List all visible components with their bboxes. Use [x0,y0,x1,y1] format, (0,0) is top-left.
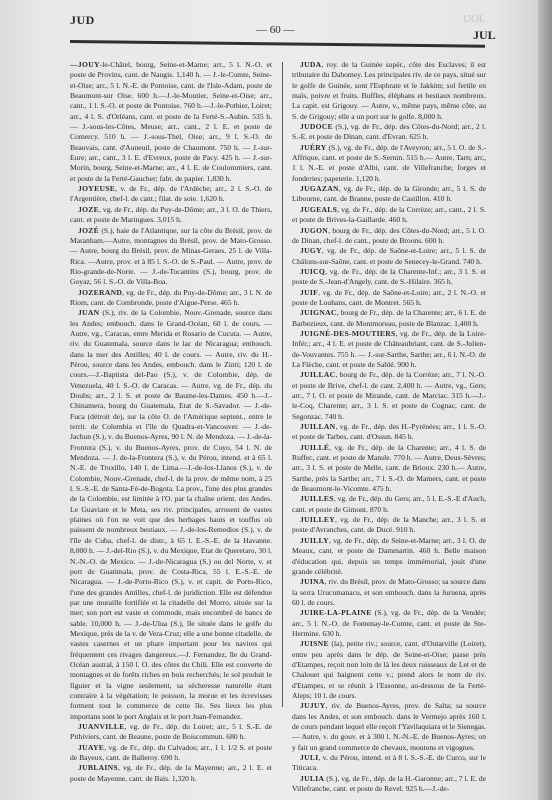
headword: JOZE [78,205,99,214]
headword: JUILLEY [300,515,335,524]
headword: JUIGNAC [300,308,337,317]
dictionary-entry: JUGY, vg. de Fr., dép. de Saône-et-Loire… [292,246,486,267]
dictionary-entry: JUILLAC, bourg de Fr., dép. de la Corrèz… [292,370,486,422]
headword: JUIRE-LA-PLAINE [300,608,372,617]
dictionary-entry: JULI, v. du Pérou, intend. et à 8 l. S.-… [292,753,486,774]
entry-text: , vg. de Fr., dép. de Saône-et-Loire; ar… [292,288,486,307]
running-head-bleedthrough: UOL [463,13,486,25]
left-column: —JOUY-le-Châtel, bourg, Seine-et-Marne; … [70,60,272,784]
entry-text: , roy. de la Guinée supér., côte des Esc… [292,60,486,121]
book-page: JUD — 60 — UOL JUL —JOUY-le-Châtel, bour… [0,0,552,800]
dictionary-entry: JUIF, vg. de Fr., dép. de Saône-et-Loire… [292,288,486,309]
dictionary-entry: JOZERAND, vg. de Fr., dép. du Puy-de-Dôm… [70,288,272,309]
headword: JUILLAN [300,422,335,431]
headword: JUANVILLE [78,722,125,731]
dictionary-entry: JULIA (S.), vg. de Fr., dép. de la H.-Ga… [292,774,486,795]
dictionary-entry: JUÉRY (S.), vg. de Fr., dép. de l'Aveyro… [292,143,486,184]
headword: JULI [300,753,319,762]
headword: JUGEALS [300,205,337,214]
dictionary-entry: JUAYE, vg. de Fr., dép. du Calvados; arr… [70,743,272,764]
headword: JUAN [78,308,99,317]
dictionary-entry: JUINA, riv. du Brésil, prov. de Mato-Gro… [292,577,486,608]
entry-text: (S.), riv. de la Colombie, Nouv.-Grenade… [70,308,272,720]
headword: JUÉRY [300,143,327,152]
headword: JUIF [300,288,318,297]
dictionary-entry: JUICQ, vg. de Fr., dép. de la Charente-I… [292,267,486,288]
entry-text: , vg. de Fr., dép. de Saône-et-Loire; ar… [292,246,486,265]
dictionary-entry: JUGEALS, vg. de Fr., dép. de la Corrèze;… [292,205,486,226]
dictionary-entry: JUANVILLE, vg. de Fr., dép. du Loiret; a… [70,722,272,743]
headword: JUICQ [300,267,325,276]
headword: JUBLAINS [78,763,118,772]
dictionary-entry: JUILLÉ, vg. de Fr., dép. de la Charente;… [292,443,486,495]
headword: JOZERAND [78,288,122,297]
headword: JUJUY [300,701,326,710]
headword: JUGY [300,246,322,255]
headword: —JOUY [70,60,100,69]
dictionary-entry: JOYEUSE, v. de Fr., dép. de l'Ardèche; a… [70,184,272,205]
headword: JOZÉ [78,226,99,235]
entry-text: -le-Châtel, bourg, Seine-et-Marne; arr.,… [70,60,272,183]
entry-text: (la), petite riv.; source, cant. d'Outar… [292,639,486,700]
page-edge-shadow [538,0,552,800]
dictionary-entry: JUILLES, vg. de Fr., dép. du Gers; arr.,… [292,494,486,515]
headword: JUINA [300,577,325,586]
headword: JUILLAC [300,370,335,379]
headword: JOYEUSE [78,184,115,193]
dictionary-entry: JUAN (S.), riv. de la Colombie, Nouv.-Gr… [70,308,272,722]
dictionary-entry: JUIGNÉ-DES-MOUTIERS, vg. de Fr., dép. de… [292,329,486,370]
headword: JUGON [300,226,328,235]
headword: JUILLES [300,494,334,503]
headword: JULIA [300,774,324,783]
dictionary-entry: JUILLAN, vg. de Fr., dép. des H.-Pyrénée… [292,422,486,443]
dictionary-entry: JUILLEY, vg. de Fr., dép. de la Manche; … [292,515,486,536]
dictionary-entry: JUIGNAC, bourg de Fr., dép. de la Charen… [292,308,486,329]
dictionary-entry: JUJUY, riv. de Buenos-Ayres, prov. de Sa… [292,701,486,753]
headword: JUDA [300,60,321,69]
column-divider [282,62,283,707]
right-column: JUDA, roy. de la Guinée supér., côte des… [292,60,486,794]
entry-text: , vg. de Fr., dép. du Puy-de-Dôme; arr.,… [70,205,272,224]
dictionary-entry: JUDOCE (S.), vg. de Fr., dép. des Côtes-… [292,122,486,143]
entry-text: (S.), baie de l'Atlantique, sur la côte … [70,226,272,287]
dictionary-entry: JUGON, bourg de Fr., dép. des Côtes-du-N… [292,226,486,247]
headword: JUILLY [300,536,329,545]
headword: JUGAZAN [300,184,339,193]
headword: JUILLÉ [300,443,329,452]
dictionary-entry: JOZE, vg. de Fr., dép. du Puy-de-Dôme; a… [70,205,272,226]
entry-text: , v. du Pérou, intend. et à 8 l. S.-S.-E… [292,753,486,772]
dictionary-entry: JUISNE (la), petite riv.; source, cant. … [292,639,486,701]
dictionary-entry: JUBLAINS, vg. de Fr., dép. de la Mayenne… [70,763,272,784]
headword: JUIGNÉ-DES-MOUTIERS [300,329,396,338]
dictionary-entry: JOZÉ (S.), baie de l'Atlantique, sur la … [70,226,272,288]
dictionary-entry: JUILLY, vg. de Fr., dép. de Seine-et-Mar… [292,536,486,577]
headword: JUDOCE [300,122,333,131]
dictionary-entry: JUIRE-LA-PLAINE (S.), vg. de Fr., dép. d… [292,608,486,639]
running-head-left: JUD [70,13,95,28]
header-rule [70,40,485,48]
headword: JUISNE [300,639,329,648]
dictionary-entry: —JOUY-le-Châtel, bourg, Seine-et-Marne; … [70,60,272,184]
running-head-right: JUL [473,28,496,43]
dictionary-entry: JUGAZAN, vg. de Fr., dép. de la Gironde;… [292,184,486,205]
headword: JUAYE [78,743,104,752]
dictionary-entry: JUDA, roy. de la Guinée supér., côte des… [292,60,486,122]
page-number: — 60 — [256,24,295,36]
